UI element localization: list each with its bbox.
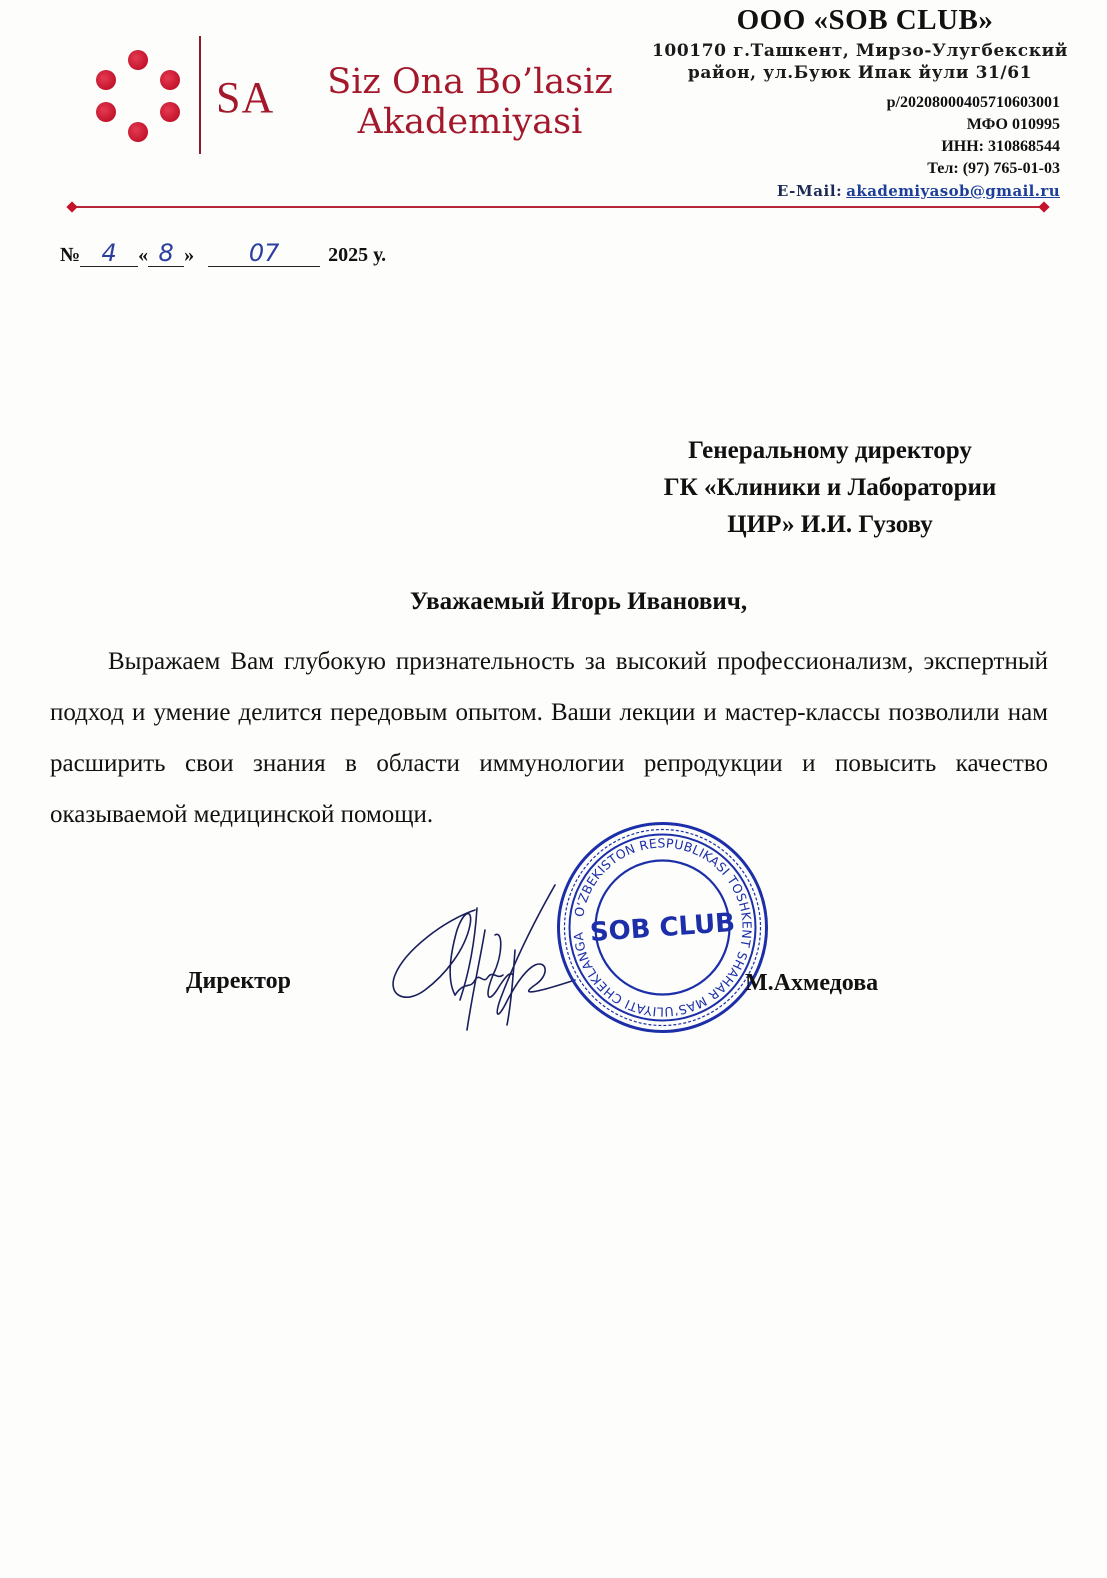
logo-monogram: SA [216, 72, 274, 123]
reference-number: 4 [80, 240, 138, 267]
email-row: E-Mail: akademiyasob@gmail.ru [777, 180, 1060, 203]
email-link[interactable]: akademiyasob@gmail.ru [846, 182, 1060, 200]
day-open-quote: « [138, 244, 148, 267]
address-line1: 100170 г.Ташкент, Мирзо-Улугбекский [640, 40, 1080, 62]
inn-code: ИНН: 310868544 [777, 136, 1060, 158]
addressee-block: Генеральному директору ГК «Клиники и Лаб… [610, 432, 1050, 543]
signatory-title: Директор [186, 968, 291, 995]
diamond-right-icon [1038, 201, 1049, 212]
reference-month: 07 [208, 240, 320, 267]
logo-name-line1: Siz Ona Bo’lasiz [300, 62, 640, 102]
signatory-name: М.Ахмедова [745, 970, 878, 997]
logo-divider [199, 36, 201, 154]
bank-account: р/20208000405710603001 [777, 92, 1060, 114]
reference-line: № 4 « 8 » 07 2025 у. [60, 240, 386, 267]
letter-body: Выражаем Вам глубокую признательность за… [50, 636, 1048, 840]
logo-dots-icon [90, 48, 186, 144]
number-prefix: № [60, 244, 80, 267]
day-close-quote: » [184, 244, 194, 267]
logo-name: Siz Ona Bo’lasiz Akademiyasi [300, 62, 640, 142]
company-address: 100170 г.Ташкент, Мирзо-Улугбекский райо… [640, 40, 1080, 84]
company-title: ООО «SOB CLUB» [660, 4, 1070, 37]
header-divider [72, 206, 1044, 208]
phone: Тел: (97) 765-01-03 [777, 158, 1060, 180]
stamp-center-text: SOB CLUB [589, 908, 736, 948]
email-label: E-Mail: [777, 182, 842, 200]
mfo-code: МФО 010995 [777, 114, 1060, 136]
addressee-line1: Генеральному директору [610, 432, 1050, 469]
diamond-left-icon [66, 201, 77, 212]
address-line2: район, ул.Буюк Ипак йули 31/61 [640, 62, 1080, 84]
reference-day: 8 [148, 240, 184, 267]
logo-name-line2: Akademiyasi [300, 102, 640, 142]
company-stamp-icon: O‘ZBEKISTON RESPUBLIKASI TOSHKENT SHAHAR… [555, 820, 770, 1035]
reference-year: 2025 у. [328, 244, 386, 267]
addressee-line2: ГК «Клиники и Лаборатории [610, 469, 1050, 506]
greeting: Уважаемый Игорь Иванович, [0, 588, 1107, 616]
company-details: р/20208000405710603001 МФО 010995 ИНН: 3… [777, 92, 1060, 203]
addressee-line3: ЦИР» И.И. Гузову [610, 506, 1050, 543]
